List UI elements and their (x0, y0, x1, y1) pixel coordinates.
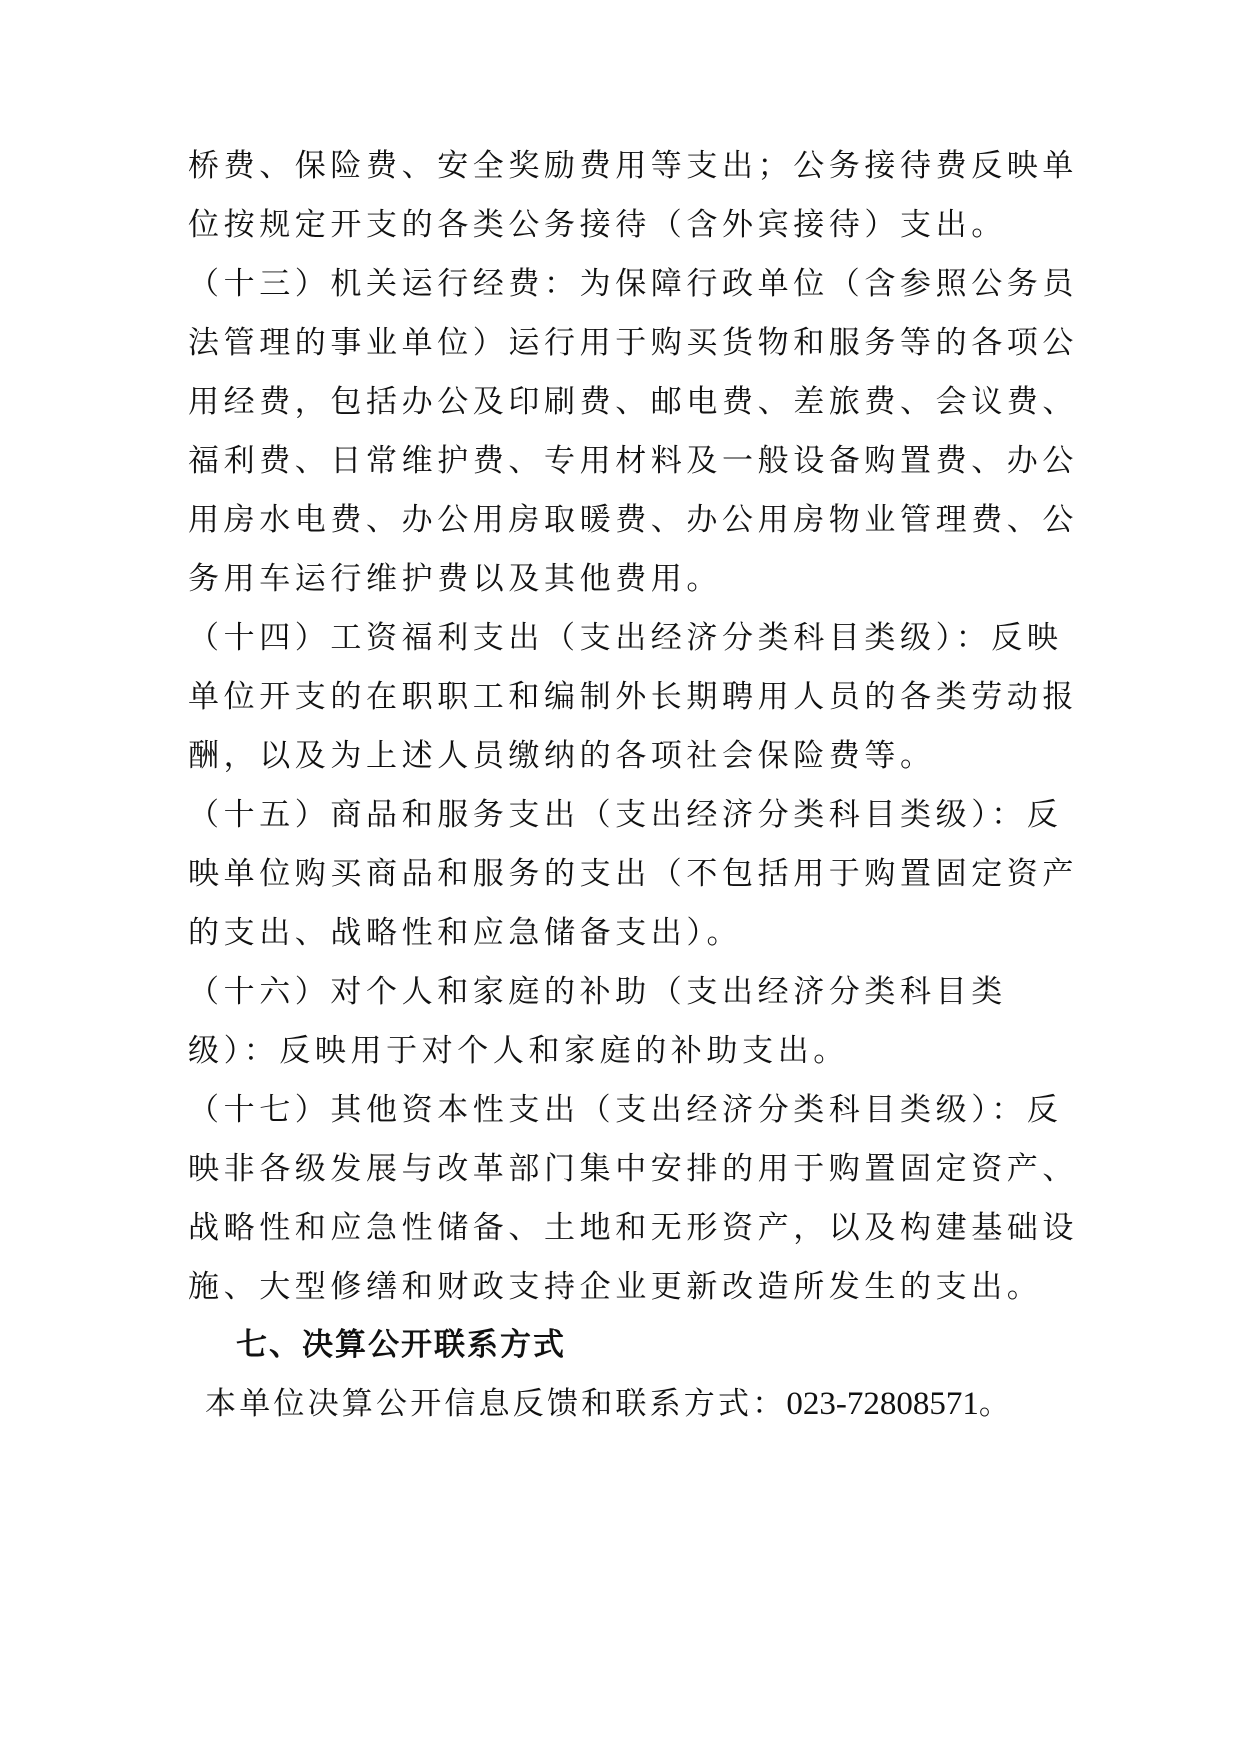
paragraph-line: 桥费、保险费、安全奖励费用等支出；公务接待费反映单 (188, 146, 1028, 186)
paragraph-line: 战略性和应急性储备、土地和无形资产，以及构建基础设 (188, 1208, 1028, 1248)
paragraph-line: 级）：反映用于对个人和家庭的补助支出。 (188, 1031, 1028, 1071)
paragraph-line: 务用车运行维护费以及其他费用。 (188, 559, 1028, 599)
paragraph-line: 酬，以及为上述人员缴纳的各项社会保险费等。 (188, 736, 1028, 776)
paragraph-line: 用经费，包括办公及印刷费、邮电费、差旅费、会议费、 (188, 382, 1028, 422)
contact-label: 本单位决算公开信息反馈和联系方式： (205, 1386, 786, 1422)
contact-phone: 023-72808571 (786, 1386, 979, 1422)
paragraph-line: 法管理的事业单位）运行用于购买货物和服务等的各项公 (188, 323, 1028, 363)
paragraph-line: 福利费、日常维护费、专用材料及一般设备购置费、办公 (188, 441, 1028, 481)
paragraph-line-item-13: （十三）机关运行经费：为保障行政单位（含参照公务员 (188, 264, 1028, 304)
paragraph-line: 用房水电费、办公用房取暖费、办公用房物业管理费、公 (188, 500, 1028, 540)
document-page: 桥费、保险费、安全奖励费用等支出；公务接待费反映单 位按规定开支的各类公务接待（… (0, 0, 1242, 1756)
paragraph-line-item-15: （十五）商品和服务支出（支出经济分类科目类级）：反 (188, 795, 1028, 835)
paragraph-line-item-14: （十四）工资福利支出（支出经济分类科目类级）：反映 (188, 618, 1028, 658)
paragraph-line: 位按规定开支的各类公务接待（含外宾接待）支出。 (188, 205, 1028, 245)
section-heading: 七、决算公开联系方式 (236, 1325, 566, 1365)
contact-end-punct: 。 (979, 1386, 1013, 1422)
contact-line: 本单位决算公开信息反馈和联系方式：023-72808571。 (205, 1384, 1013, 1424)
paragraph-line-item-16: （十六）对个人和家庭的补助（支出经济分类科目类 (188, 972, 1028, 1012)
paragraph-line: 映单位购买商品和服务的支出（不包括用于购置固定资产 (188, 854, 1028, 894)
paragraph-line: 的支出、战略性和应急储备支出）。 (188, 913, 1028, 953)
paragraph-line: 映非各级发展与改革部门集中安排的用于购置固定资产、 (188, 1149, 1028, 1189)
paragraph-line: 施、大型修缮和财政支持企业更新改造所发生的支出。 (188, 1267, 1028, 1307)
paragraph-line-item-17: （十七）其他资本性支出（支出经济分类科目类级）：反 (188, 1090, 1028, 1130)
paragraph-line: 单位开支的在职职工和编制外长期聘用人员的各类劳动报 (188, 677, 1028, 717)
